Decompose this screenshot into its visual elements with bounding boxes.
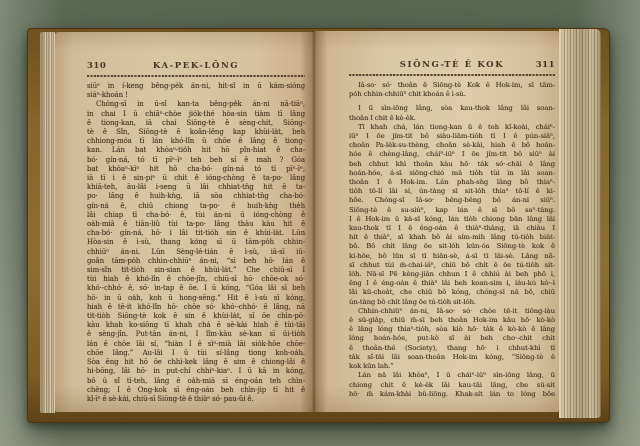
text-line: tio̍h tō-lí lâi sí, ún-tàng sī sit-lo̍h …	[349, 187, 555, 196]
text-line: bó· gín-ná, tó tī pīⁿ-īⁿ teh beh sí ê ma…	[87, 156, 305, 165]
right-page-text: Iâ-so· só· thoân ê Siōng-tè Kok ê Hok-im…	[349, 81, 555, 399]
left-running-head: KA-PEK-LÔNG	[87, 60, 305, 72]
text-line: sī chhut tùi m̄-chai-iáⁿ, chiū bô chi̍t …	[349, 261, 555, 270]
text-line: in chai I ū chiâⁿ-chòe jio̍k-thé hòa-sin…	[87, 110, 305, 119]
text-line: kan. Lán bat khòaⁿ-tio̍h hit hō pîn-hiat…	[87, 146, 305, 155]
left-header-rule	[87, 75, 305, 77]
text-line: kau-thok tī I ê éng-oán ê thiàⁿ-thàng, i…	[349, 224, 555, 233]
text-line: chōe lâng.” Āu-lâi I ū tùi sí-lâng tiong…	[87, 349, 305, 358]
text-line: hō· in ū oa̍h, koh ū hong-sēng.” Hit ê ì…	[87, 294, 305, 303]
text-line: tùi hiah ê khó-lîn ê chōe-jîn, chiū-sī h…	[87, 275, 305, 284]
text-line: Iâ-so· só· thoân ê Siōng-tè Kok ê Hok-im…	[349, 81, 555, 90]
text-line: hō· m̄ kám-khài bû-liōng. Khak-si̍t lán …	[349, 390, 555, 399]
text-line: Lán nā lâi khòaⁿ, I ū cháiⁿ-iūⁿ sìn-iōng…	[349, 371, 555, 380]
text-line: lâi kū-choa̍t, che chiū bô kóng, chóng-s…	[349, 288, 555, 297]
text-line: bô ū sî tī-teh, lâng ê oa̍h-miā sī éng-o…	[87, 377, 305, 386]
left-page-number: 310	[87, 60, 106, 72]
text-line: po̍h chhin-chhiūⁿ chit khoán ê ì-sù.	[349, 90, 555, 99]
text-line: ún-tàng bô chi̍t lâng ōe tú-tio̍h sit-lo…	[349, 298, 555, 307]
text-line: kî-īⁿ ê sè-kài, chiū-sī Siōng-tè ê thiàⁿ…	[87, 395, 305, 404]
page-stack-left-edge	[40, 32, 55, 413]
text-line: thoân I chit ê kè-e̍k.	[349, 114, 555, 123]
text-line: choân Pa-le̍k-su-thèng, choân sè-kài, hi…	[349, 141, 555, 150]
text-line: tit-tio̍h Siōng-tè kok ê sin ê khùi-la̍t…	[87, 312, 305, 321]
text-line: Tī khah chá, lán tiong-kan ū ê teh kî-ko…	[349, 123, 555, 132]
text-line: chhiong-móa tī lán khó-lîn ū chōe ê lâng…	[87, 137, 305, 146]
text-line: kok kūn lah.”	[349, 362, 555, 371]
text-line: Chóng-sī in ū-sî kan-ta bêng-pe̍k án-ni …	[87, 100, 305, 109]
page-stack-fore-edge	[559, 29, 601, 418]
text-line: kàu khah ko-siōng tī khah chá ê sè-kài h…	[87, 321, 305, 330]
text-line: cha-bó· gín-ná, hō· i lâi tit-tio̍h sin …	[87, 229, 305, 238]
text-line: tè ê Sîn, Siōng-tè ê koân-lêng kap khùi-…	[87, 128, 305, 137]
text-line: lo̍h. Nā-sī Pē kèng-jiân chhun I ê chhiú…	[349, 270, 555, 279]
text-line: siūⁿ in í-keng bêng-pe̍k án-ni, hit-sî i…	[87, 82, 305, 91]
text-line: hóe ê chèng-lâng, cháiⁿ-iūⁿ I ōe jím-tit…	[349, 150, 555, 159]
text-line: Sòa ēng hit hō ōe chhì-kek lâng ê sim ê …	[87, 358, 305, 367]
text-line: Hòa-sin ê ì-sù, thang kóng sī ū tām-po̍h…	[87, 238, 305, 247]
left-page-text: siūⁿ in í-keng bêng-pe̍k án-ni, hit-sî i…	[87, 82, 305, 404]
right-page: SIŌNG-TÈ Ê KOK 311 Iâ-so· só· thoân ê Si…	[314, 31, 559, 412]
text-line: hōe. Chóng-sī Iâ-so· bêng-bêng bô án-ni …	[349, 196, 555, 205]
left-page: 310 KA-PEK-LÔNG siūⁿ in í-keng bêng-pe̍k…	[55, 32, 314, 412]
text-line: ēng I ê éng-oán ê thiàⁿ lâi beh koan-sim…	[349, 279, 555, 288]
text-line: bô. Bô chi̍t lâng ōe sit-lo̍h kūn-óa Siō…	[349, 242, 555, 251]
text-line: I ū sìn-iōng lâng, sòa kau-thok lâng lâi…	[349, 104, 555, 113]
text-line: I ê Hok-im ū kà-sī kóng, lán tio̍h chion…	[349, 215, 555, 224]
text-line: thoân I ê Hok-im. Lán phah-sǹg lâng bô t…	[349, 178, 555, 187]
left-page-header: 310 KA-PEK-LÔNG	[87, 60, 305, 72]
text-line: ta̍k sî-tāi lâi soan-thoân Hok-im kóng, …	[349, 353, 555, 362]
text-line: Chhin-chhiūⁿ án-ni, Iâ-so· só· chòe tē-i…	[349, 307, 555, 316]
text-line: gín-ná ê, chiū chiong ta-po· ê huih-kǹg …	[87, 202, 305, 211]
text-line: ê tiong-kan, iā chai Siōng-tè ê sèng-chi…	[87, 119, 305, 128]
text-line: sim-sîn tit-tio̍h sin-sian ê khùi-la̍t.”…	[87, 266, 305, 275]
open-book: 310 KA-PEK-LÔNG siūⁿ in í-keng bêng-pe̍k…	[27, 28, 610, 423]
text-line: ki-hōe, bô lūn sī tī hiān-sè, á-sī tī lâ…	[349, 252, 555, 261]
text-line: khiā-teh, āu-lâi i-seng ū lâi chhiat-tn̄…	[87, 183, 305, 192]
text-line: goân tām-po̍h chhin-chhiūⁿ án-ni, “sī be…	[87, 257, 305, 266]
text-line: bat khòaⁿ-kìⁿ hit hō cha-bó· gín-ná tó t…	[87, 165, 305, 174]
text-line: oa̍h-miā ê tiān-liû tùi ta-po· lâng thàu…	[87, 220, 305, 229]
text-line: khó·-chhó· ê, só· ìn-tap ê ōe. I ū kóng,…	[87, 284, 305, 293]
text-line: iūⁿ I ōe jím-tit bô siàu-liām-tio̍h tī I…	[349, 132, 555, 141]
text-line: beh chhut khì thoân kàu hō· ta̍k só·-chā…	[349, 160, 555, 169]
right-header-rule	[349, 74, 555, 76]
text-line: hi-bōng, lâi hō· in put-chí chhiⁿ-kiaⁿ. …	[87, 367, 305, 376]
text-line: chêng; I ê Ông-kok sī éng-oán beh chìn-j…	[87, 386, 305, 395]
text-line: ê thoân-thé (Society), thang hō· i chhut…	[349, 344, 555, 353]
right-running-head: SIŌNG-TÈ Ê KOK	[349, 59, 555, 71]
text-line: iā tī i ê sin-piⁿ ū chi̍t ê ióng-chòng ê…	[87, 174, 305, 183]
right-page-header: SIŌNG-TÈ Ê KOK 311	[349, 59, 555, 71]
right-page-number: 311	[536, 59, 555, 71]
text-line: siáⁿ-khoán !	[87, 91, 305, 100]
text-line: Siōng-tè ê su-siúⁿ, kap lán ê sī bô saⁿ-…	[349, 206, 555, 215]
text-line: lâi chiap tī cha-bó· ê, tùi án-ni ū ióng…	[87, 211, 305, 220]
text-line: lán ê chōe lâi sí, “hiàn I ê sìⁿ-miā lâi…	[87, 340, 305, 349]
text-line: ê sèng-jîn. Put-tān án-ni, I lîm-kàu sè-…	[87, 330, 305, 339]
text-line: hoán-hóe, á-sī siōng-chió mā tio̍h tùi i…	[349, 169, 555, 178]
text-line: ê lâng lóng thiaⁿ-tio̍h, sòa kiò hō· ta̍…	[349, 325, 555, 334]
text-line: hiah ê tē-it khó-lîn hō· chōe só· khó·-c…	[87, 303, 305, 312]
text-line: hit ê thiàⁿ, sī khah bô ài sím-mih lâng …	[349, 233, 555, 242]
text-line: lóng hoán-hóe, put-kò sī ài beh cho·-chi…	[349, 334, 555, 343]
text-line: chhiūⁿ án-ni. Lūn Sèng-lé-tián ê ì-sù, i…	[87, 248, 305, 257]
text-line: ê sū-gia̍p, chiū m̄-sī beh thoân Hok-im …	[349, 316, 555, 325]
text-line: po· lâng ê huih-kǹg, iā sòa chhiat-tn̄g …	[87, 192, 305, 201]
text-line: chiong chit ê kè-e̍k lâi kau-tāi lâng, c…	[349, 381, 555, 390]
